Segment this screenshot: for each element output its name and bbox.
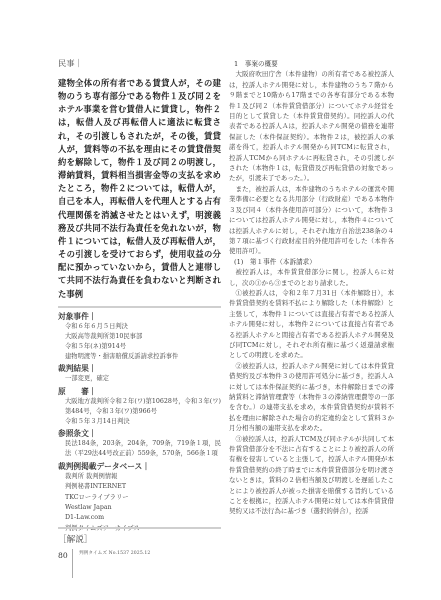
original-judgment-date: 令和５年３月14日判決 (58, 417, 221, 427)
original-case-numbers: 大阪地方裁判所令和２年(ワ)第10628号，令和３年(ワ)第484号，令和３年(… (58, 397, 221, 417)
database-item: 判例秘書INTERNET (58, 482, 221, 492)
case-summary: 建物全体の所有者である賃貸人が，その建物のうち専有部分である物件１及び同２をホテ… (58, 77, 221, 301)
commentary-divider (58, 527, 221, 529)
statutes-list: 民法184条，203条，204条，709条，719条１項，民法（平29法44号改… (58, 439, 221, 459)
right-column: 1 事案の概要 大阪府吹田庁舎（本件建物）の所有者である被控訴人は，控訴人ホテル… (229, 59, 394, 517)
result-heading: 裁判結果｜ (58, 363, 221, 374)
body-paragraph: 大阪府吹田庁舎（本件建物）の所有者である被控訴人は，控訴人ホテル開発に対し，本件… (229, 69, 394, 183)
left-column: 民事｜ 建物全体の所有者である賃貸人が，その建物のうち専有部分である物件１及び同… (58, 58, 221, 534)
database-item: 裁判所 裁判例情報 (58, 472, 221, 482)
databases-heading: 裁判例掲載データベース｜ (58, 461, 221, 472)
body-paragraph: 被控訴人は，本件賃貸借部分に関し，控訴人らに対し，次の①から③までのとおり請求し… (229, 267, 394, 288)
case-name: 建物明渡等・損害賠償反訴請求控訴事件 (58, 352, 221, 362)
original-trial-block: 原 審｜ 大阪地方裁判所令和２年(ワ)第10628号，令和３年(ワ)第484号，… (58, 386, 221, 428)
journal-info: 判例タイムズ No.1537 2025.12 (79, 550, 150, 556)
section-label: 民事｜ (58, 58, 221, 69)
original-trial-heading: 原 審｜ (58, 386, 221, 397)
body-paragraph: ①被控訴人は，令和２年７月31日（本件解除日），本件賃貸借契約を賃料不払により解… (229, 288, 394, 361)
section-heading: 1 事案の概要 (229, 59, 394, 69)
court-name: 大阪高等裁判所第10民事部 (58, 332, 221, 342)
result-value: 一部変更，確定 (58, 374, 221, 384)
statutes-block: 参照条文｜ 民法184条，203条，204条，709条，719条１項，民法（平2… (58, 428, 221, 459)
document-page: 民事｜ 建物全体の所有者である賃貸人が，その建物のうち専有部分である物件１及び同… (0, 0, 441, 600)
target-case-heading: 対象事件｜ (58, 311, 221, 322)
judgment-date: 令和６年６月５日判決 (58, 322, 221, 332)
target-case-block: 対象事件｜ 令和６年６月５日判決 大阪高等裁判所第10民事部 令和５年(ネ)第9… (58, 311, 221, 363)
body-paragraph: ②被控訴人は，控訴人ホテル開発に対しては本件賃貸借契約及び本物件３の使用許可処分… (229, 361, 394, 434)
case-number: 令和５年(ネ)第914号 (58, 342, 221, 352)
commentary-label: ［解説］ (58, 533, 92, 545)
page-number: 80 (58, 551, 68, 560)
databases-block: 裁判例掲載データベース｜ 裁判所 裁判例情報 判例秘書INTERNET TKCロ… (58, 461, 221, 534)
body-paragraph: また，被控訴人は，本件建物のうちホテルの運営や開業準備に必要となる共用部分（行政… (229, 184, 394, 257)
database-item: Westlaw Japan (58, 503, 221, 513)
database-item: D1-Law.com (58, 513, 221, 523)
statutes-heading: 参照条文｜ (58, 428, 221, 439)
result-block: 裁判結果｜ 一部変更，確定 (58, 363, 221, 384)
divider (58, 306, 221, 308)
subsection-heading: (1) 第１事件（本訴請求） (229, 257, 394, 267)
body-paragraph: ③被控訴人は，控訴人TCM及び同ホテルが共同して本件賃貸借部分を不法に占有するこ… (229, 434, 394, 517)
footer-divider (72, 549, 73, 578)
database-item: TKCローライブラリー (58, 493, 221, 503)
